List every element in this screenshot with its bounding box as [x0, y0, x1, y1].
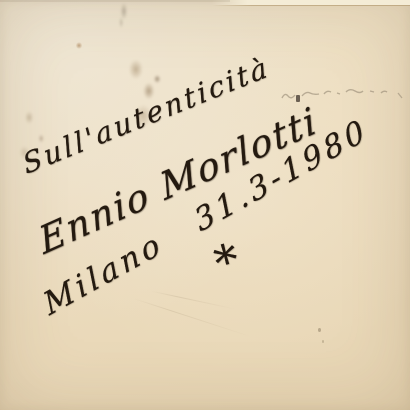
ink-smudge	[114, 0, 132, 32]
paper-speck	[318, 328, 321, 332]
paper-scratch	[133, 298, 257, 339]
star-mark: *	[212, 243, 243, 280]
paper-stain-dot	[76, 42, 82, 49]
inscription-photo: Sull'autenticità Ennio Morlotti Milano 3…	[0, 0, 410, 410]
paper-speck	[322, 340, 324, 343]
paper-edge-line	[212, 5, 410, 6]
